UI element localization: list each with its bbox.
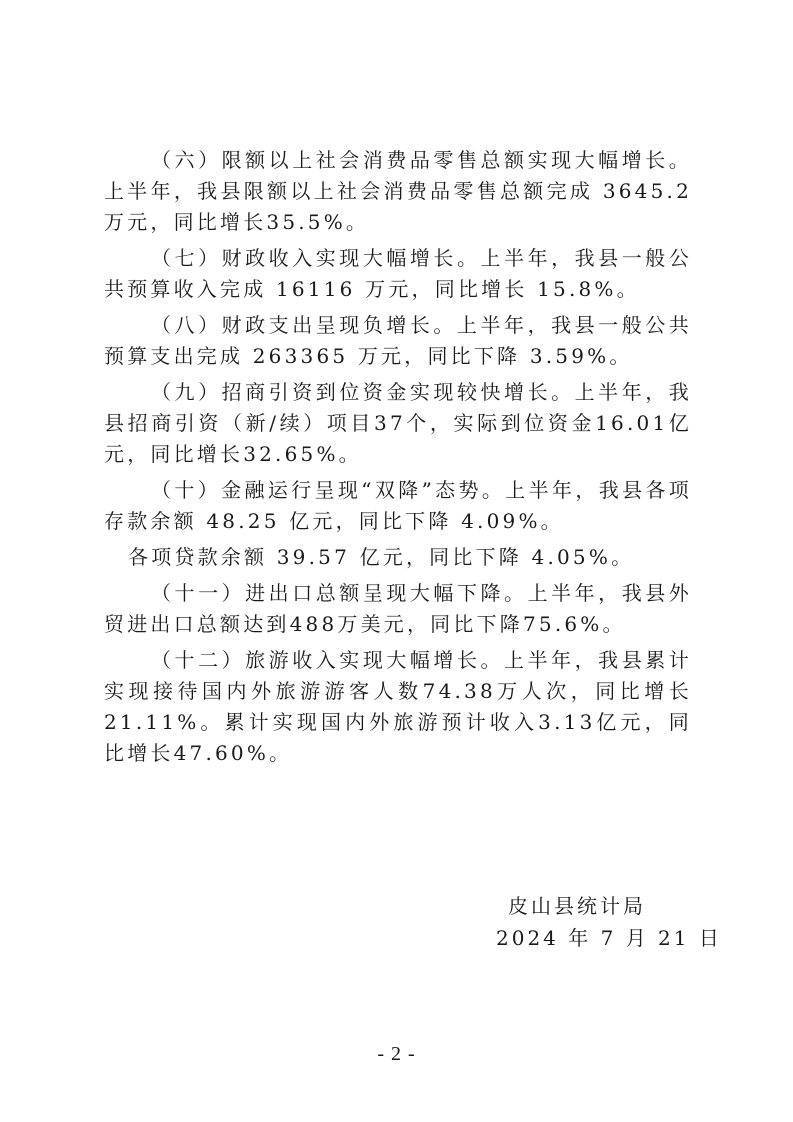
signature-block: 皮山县统计局 2024 年 7 月 21 日 [496,890,722,954]
document-page: （六）限额以上社会消费品零售总额实现大幅增长。上半年，我县限额以上社会消费品零售… [0,0,793,1122]
signature-organization: 皮山县统计局 [496,890,722,922]
paragraph-finance-loans: 各项贷款余额 39.57 亿元，同比下降 4.05%。 [104,542,692,573]
paragraph-retail-sales: （六）限额以上社会消费品零售总额实现大幅增长。上半年，我县限额以上社会消费品零售… [104,145,692,238]
paragraph-finance-deposits: （十）金融运行呈现“双降”态势。上半年，我县各项存款余额 48.25 亿元，同比… [104,475,692,537]
paragraph-fiscal-revenue: （七）财政收入实现大幅增长。上半年，我县一般公共预算收入完成 16116 万元，… [104,243,692,305]
paragraph-fiscal-expenditure: （八）财政支出呈现负增长。上半年，我县一般公共预算支出完成 263365 万元，… [104,310,692,372]
document-body: （六）限额以上社会消费品零售总额实现大幅增长。上半年，我县限额以上社会消费品零售… [104,145,692,774]
paragraph-import-export: （十一）进出口总额呈现大幅下降。上半年，我县外贸进出口总额达到488万美元，同比… [104,578,692,640]
page-number: - 2 - [0,1043,793,1066]
paragraph-investment: （九）招商引资到位资金实现较快增长。上半年，我县招商引资（新/续）项目37个，实… [104,377,692,470]
paragraph-tourism: （十二）旅游收入实现大幅增长。上半年，我县累计实现接待国内外旅游游客人数74.3… [104,645,692,769]
signature-date: 2024 年 7 月 21 日 [496,922,722,954]
